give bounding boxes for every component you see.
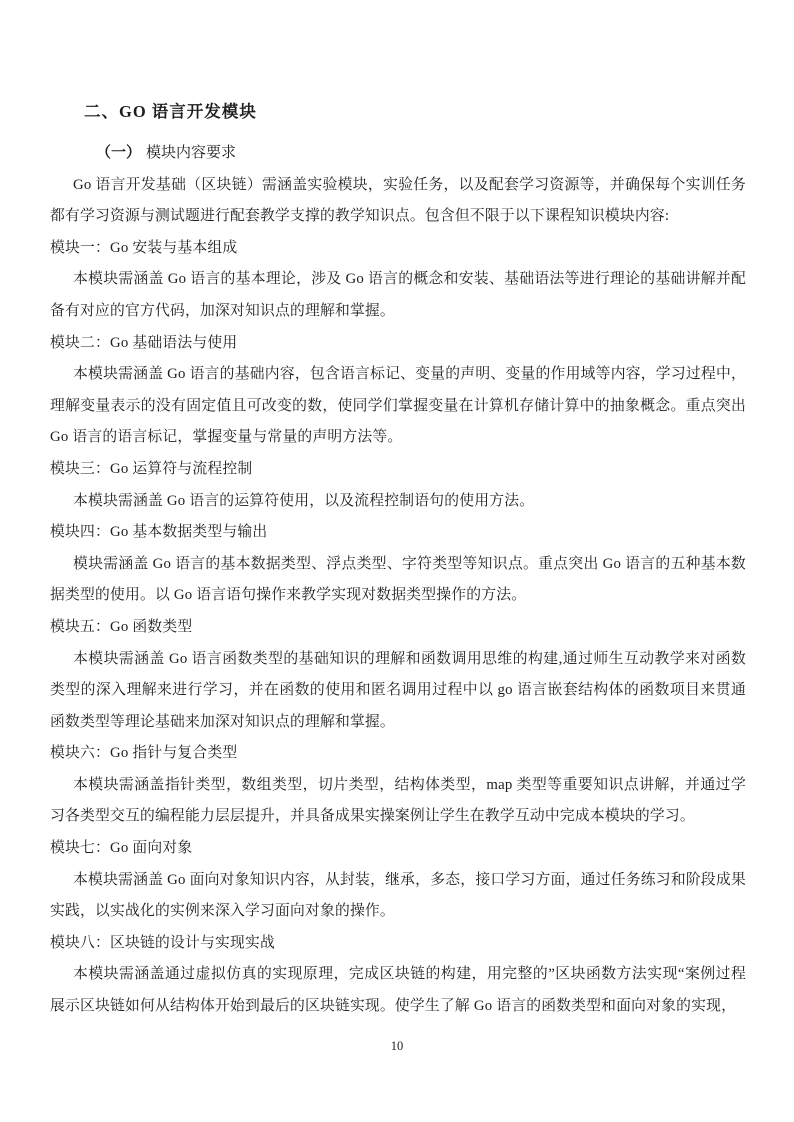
subsection-title: 模块内容要求 [146, 145, 236, 161]
module-body: 本模块需涵盖指针类型，数组类型，切片类型，结构体类型，map 类型等重要知识点讲… [50, 770, 746, 833]
module-body: 本模块需涵盖 Go 语言函数类型的基础知识的理解和函数调用思维的构建,通过师生互… [50, 644, 746, 739]
module-block: 模块八：区块链的设计与实现实战 本模块需涵盖通过虚拟仿真的实现原理，完成区块链的… [50, 928, 746, 1023]
document-content: 二、GO 语言开发模块 （一）模块内容要求 Go 语言开发基础（区块链）需涵盖实… [50, 100, 746, 1023]
subsection-number: （一） [96, 145, 141, 161]
module-block: 模块五：Go 函数类型 本模块需涵盖 Go 语言函数类型的基础知识的理解和函数调… [50, 612, 746, 738]
module-body: 本模块需涵盖 Go 面向对象知识内容，从封装，继承，多态，接口学习方面，通过任务… [50, 865, 746, 928]
module-body: 本模块需涵盖 Go 语言的运算符使用，以及流程控制语句的使用方法。 [50, 486, 746, 518]
module-title: 模块四：Go 基本数据类型与输出 [50, 517, 746, 549]
module-block: 模块三：Go 运算符与流程控制 本模块需涵盖 Go 语言的运算符使用，以及流程控… [50, 454, 746, 517]
module-list: 模块一：Go 安装与基本组成 本模块需涵盖 Go 语言的基本理论，涉及 Go 语… [50, 233, 746, 1023]
module-title: 模块八：区块链的设计与实现实战 [50, 928, 746, 960]
section-heading: 二、GO 语言开发模块 [50, 100, 746, 124]
module-title: 模块三：Go 运算符与流程控制 [50, 454, 746, 486]
intro-paragraph: Go 语言开发基础（区块链）需涵盖实验模块，实验任务，以及配套学习资源等，并确保… [50, 170, 746, 233]
module-title: 模块一：Go 安装与基本组成 [50, 233, 746, 265]
module-body: 模块需涵盖 Go 语言的基本数据类型、浮点类型、字符类型等知识点。重点突出 Go… [50, 549, 746, 612]
module-title: 模块六：Go 指针与复合类型 [50, 738, 746, 770]
module-body: 本模块需涵盖 Go 语言的基础内容，包含语言标记、变量的声明、变量的作用域等内容… [50, 359, 746, 454]
module-block: 模块六：Go 指针与复合类型 本模块需涵盖指针类型，数组类型，切片类型，结构体类… [50, 738, 746, 833]
module-block: 模块四：Go 基本数据类型与输出 模块需涵盖 Go 语言的基本数据类型、浮点类型… [50, 517, 746, 612]
module-body: 本模块需涵盖 Go 语言的基本理论，涉及 Go 语言的概念和安装、基础语法等进行… [50, 264, 746, 327]
module-title: 模块七：Go 面向对象 [50, 833, 746, 865]
document-page: 二、GO 语言开发模块 （一）模块内容要求 Go 语言开发基础（区块链）需涵盖实… [0, 0, 794, 1122]
page-number: 10 [0, 1038, 794, 1054]
subsection-heading: （一）模块内容要求 [50, 138, 746, 170]
module-block: 模块七：Go 面向对象 本模块需涵盖 Go 面向对象知识内容，从封装，继承，多态… [50, 833, 746, 928]
module-title: 模块五：Go 函数类型 [50, 612, 746, 644]
module-block: 模块二：Go 基础语法与使用 本模块需涵盖 Go 语言的基础内容，包含语言标记、… [50, 328, 746, 454]
module-block: 模块一：Go 安装与基本组成 本模块需涵盖 Go 语言的基本理论，涉及 Go 语… [50, 233, 746, 328]
module-title: 模块二：Go 基础语法与使用 [50, 328, 746, 360]
module-body: 本模块需涵盖通过虚拟仿真的实现原理，完成区块链的构建，用完整的”区块函数方法实现… [50, 959, 746, 1022]
